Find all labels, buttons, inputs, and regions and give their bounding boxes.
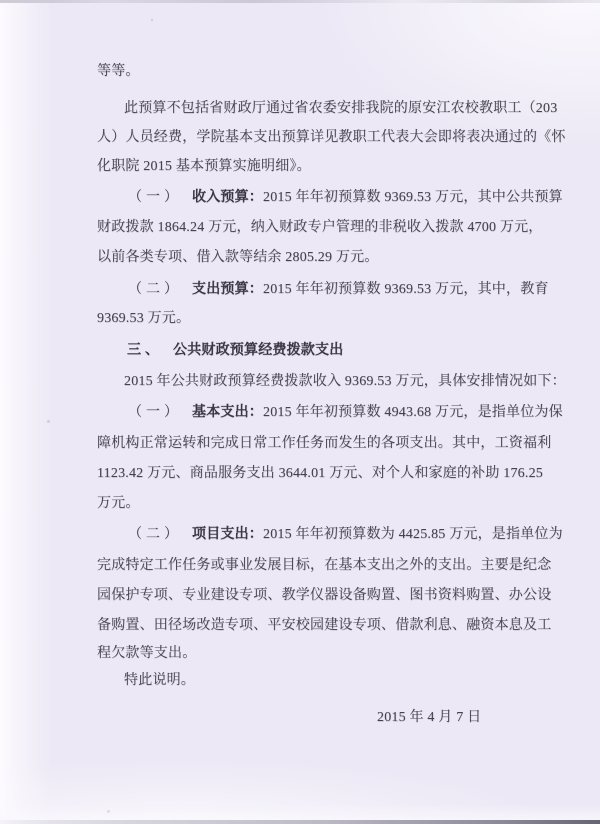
text-line: （二）支出预算：2015 年年初预算数 9369.53 万元，其中，教育 xyxy=(128,280,549,300)
scan-speck xyxy=(151,19,153,21)
text-line: 万元。 xyxy=(97,494,140,514)
text-line: 特此说明。 xyxy=(124,671,195,691)
text-segment: （一） xyxy=(128,190,182,205)
document-body: 等等。此预算不包括省财政厅通过省农委安排我院的原安江农校教职工（203人）人员经… xyxy=(0,0,600,824)
text-segment: 特此说明。 xyxy=(124,673,195,688)
scan-speck xyxy=(47,420,50,423)
text-line: 人）人员经费，学院基本支出预算详见教职工代表大会即将表决通过的《怀 xyxy=(97,128,566,148)
text-segment: 1123.42 万元、商品服务支出 3644.01 万元、对个人和家庭的补助 1… xyxy=(97,466,543,481)
text-segment: 支出预算： xyxy=(192,282,263,297)
scan-edge-bottom xyxy=(0,820,600,824)
text-segment: 9369.53 万元。 xyxy=(97,311,190,326)
text-segment: 2015 年年初预算数 9369.53 万元，其中公共预算 xyxy=(263,190,563,205)
text-segment: 2015 年 4 月 7 日 xyxy=(377,710,481,725)
text-line: 1123.42 万元、商品服务支出 3644.01 万元、对个人和家庭的补助 1… xyxy=(97,464,543,484)
text-segment: 2015 年公共财政预算经费拨款收入 9369.53 万元，具体安排情况如下： xyxy=(124,374,566,389)
text-line: 备购置、田径场改造专项、平安校园建设专项、借款利息、融资本息及工 xyxy=(97,616,551,636)
text-line: （一）基本支出：2015 年年初预算数 4943.68 万元，是指单位为保 xyxy=(128,403,563,423)
text-line: 障机构正常运转和完成日常工作任务而发生的各项支出。其中，工资福利 xyxy=(97,434,551,454)
text-segment: 公共财政预算经费拨款支出 xyxy=(173,343,343,358)
text-segment: 2015 年年初预算数 9369.53 万元，其中，教育 xyxy=(263,282,549,297)
scan-edge-bottom-halo xyxy=(0,804,600,820)
text-line: 9369.53 万元。 xyxy=(97,309,190,329)
text-line: 2015 年公共财政预算经费拨款收入 9369.53 万元，具体安排情况如下： xyxy=(124,372,566,392)
text-line: 三、公共财政预算经费拨款支出 xyxy=(127,341,343,361)
scanned-document-page: 等等。此预算不包括省财政厅通过省农委安排我院的原安江农校教职工（203人）人员经… xyxy=(0,0,600,824)
text-segment: 备购置、田径场改造专项、平安校园建设专项、借款利息、融资本息及工 xyxy=(97,618,551,633)
text-segment: 完成特定工作任务或事业发展目标，在基本支出之外的支出。主要是纪念 xyxy=(97,558,551,573)
text-segment: 障机构正常运转和完成日常工作任务而发生的各项支出。其中，工资福利 xyxy=(97,436,551,451)
text-segment: 园保护专项、专业建设专项、教学仪器设备购置、图书资料购置、办公设 xyxy=(97,588,551,603)
text-segment: 等等。 xyxy=(97,64,140,79)
text-segment: （二） xyxy=(128,527,182,542)
text-segment: 财政拨款 1864.24 万元，纳入财政专户管理的非税收入拨款 4700 万元， xyxy=(97,220,543,235)
text-line: 财政拨款 1864.24 万元，纳入财政专户管理的非税收入拨款 4700 万元， xyxy=(97,218,543,238)
text-line: 化职院 2015 基本预算实施明细》。 xyxy=(97,157,311,177)
text-line: 此预算不包括省财政厅通过省农委安排我院的原安江农校教职工（203 xyxy=(124,99,557,119)
text-segment: （二） xyxy=(128,282,182,297)
text-segment: 此预算不包括省财政厅通过省农委安排我院的原安江农校教职工（203 xyxy=(124,101,557,116)
text-segment: 2015 年年初预算数为 4425.85 万元，是指单位为 xyxy=(263,527,563,542)
text-line: 以前各类专项、借入款等结余 2805.29 万元。 xyxy=(97,248,379,268)
text-line: 程欠款等支出。 xyxy=(97,644,196,664)
text-line: 完成特定工作任务或事业发展目标，在基本支出之外的支出。主要是纪念 xyxy=(97,556,551,576)
text-segment: 收入预算： xyxy=(192,190,263,205)
text-segment: 人）人员经费，学院基本支出预算详见教职工代表大会即将表决通过的《怀 xyxy=(97,130,566,145)
text-line: 2015 年 4 月 7 日 xyxy=(377,708,481,728)
text-line: （一）收入预算：2015 年年初预算数 9369.53 万元，其中公共预算 xyxy=(128,188,563,208)
text-segment: 基本支出： xyxy=(192,405,263,420)
text-segment: 2015 年年初预算数 4943.68 万元，是指单位为保 xyxy=(263,405,563,420)
text-segment: （一） xyxy=(128,405,182,420)
text-segment: 化职院 2015 基本预算实施明细》。 xyxy=(97,159,311,174)
text-segment: 以前各类专项、借入款等结余 2805.29 万元。 xyxy=(97,250,379,265)
text-line: （二）项目支出：2015 年年初预算数为 4425.85 万元，是指单位为 xyxy=(128,525,563,545)
text-segment: 项目支出： xyxy=(192,527,263,542)
text-line: 园保护专项、专业建设专项、教学仪器设备购置、图书资料购置、办公设 xyxy=(97,586,551,606)
text-segment: 三、 xyxy=(127,343,163,358)
text-line: 等等。 xyxy=(97,62,140,82)
text-segment: 万元。 xyxy=(97,496,140,511)
text-segment: 程欠款等支出。 xyxy=(97,646,196,661)
